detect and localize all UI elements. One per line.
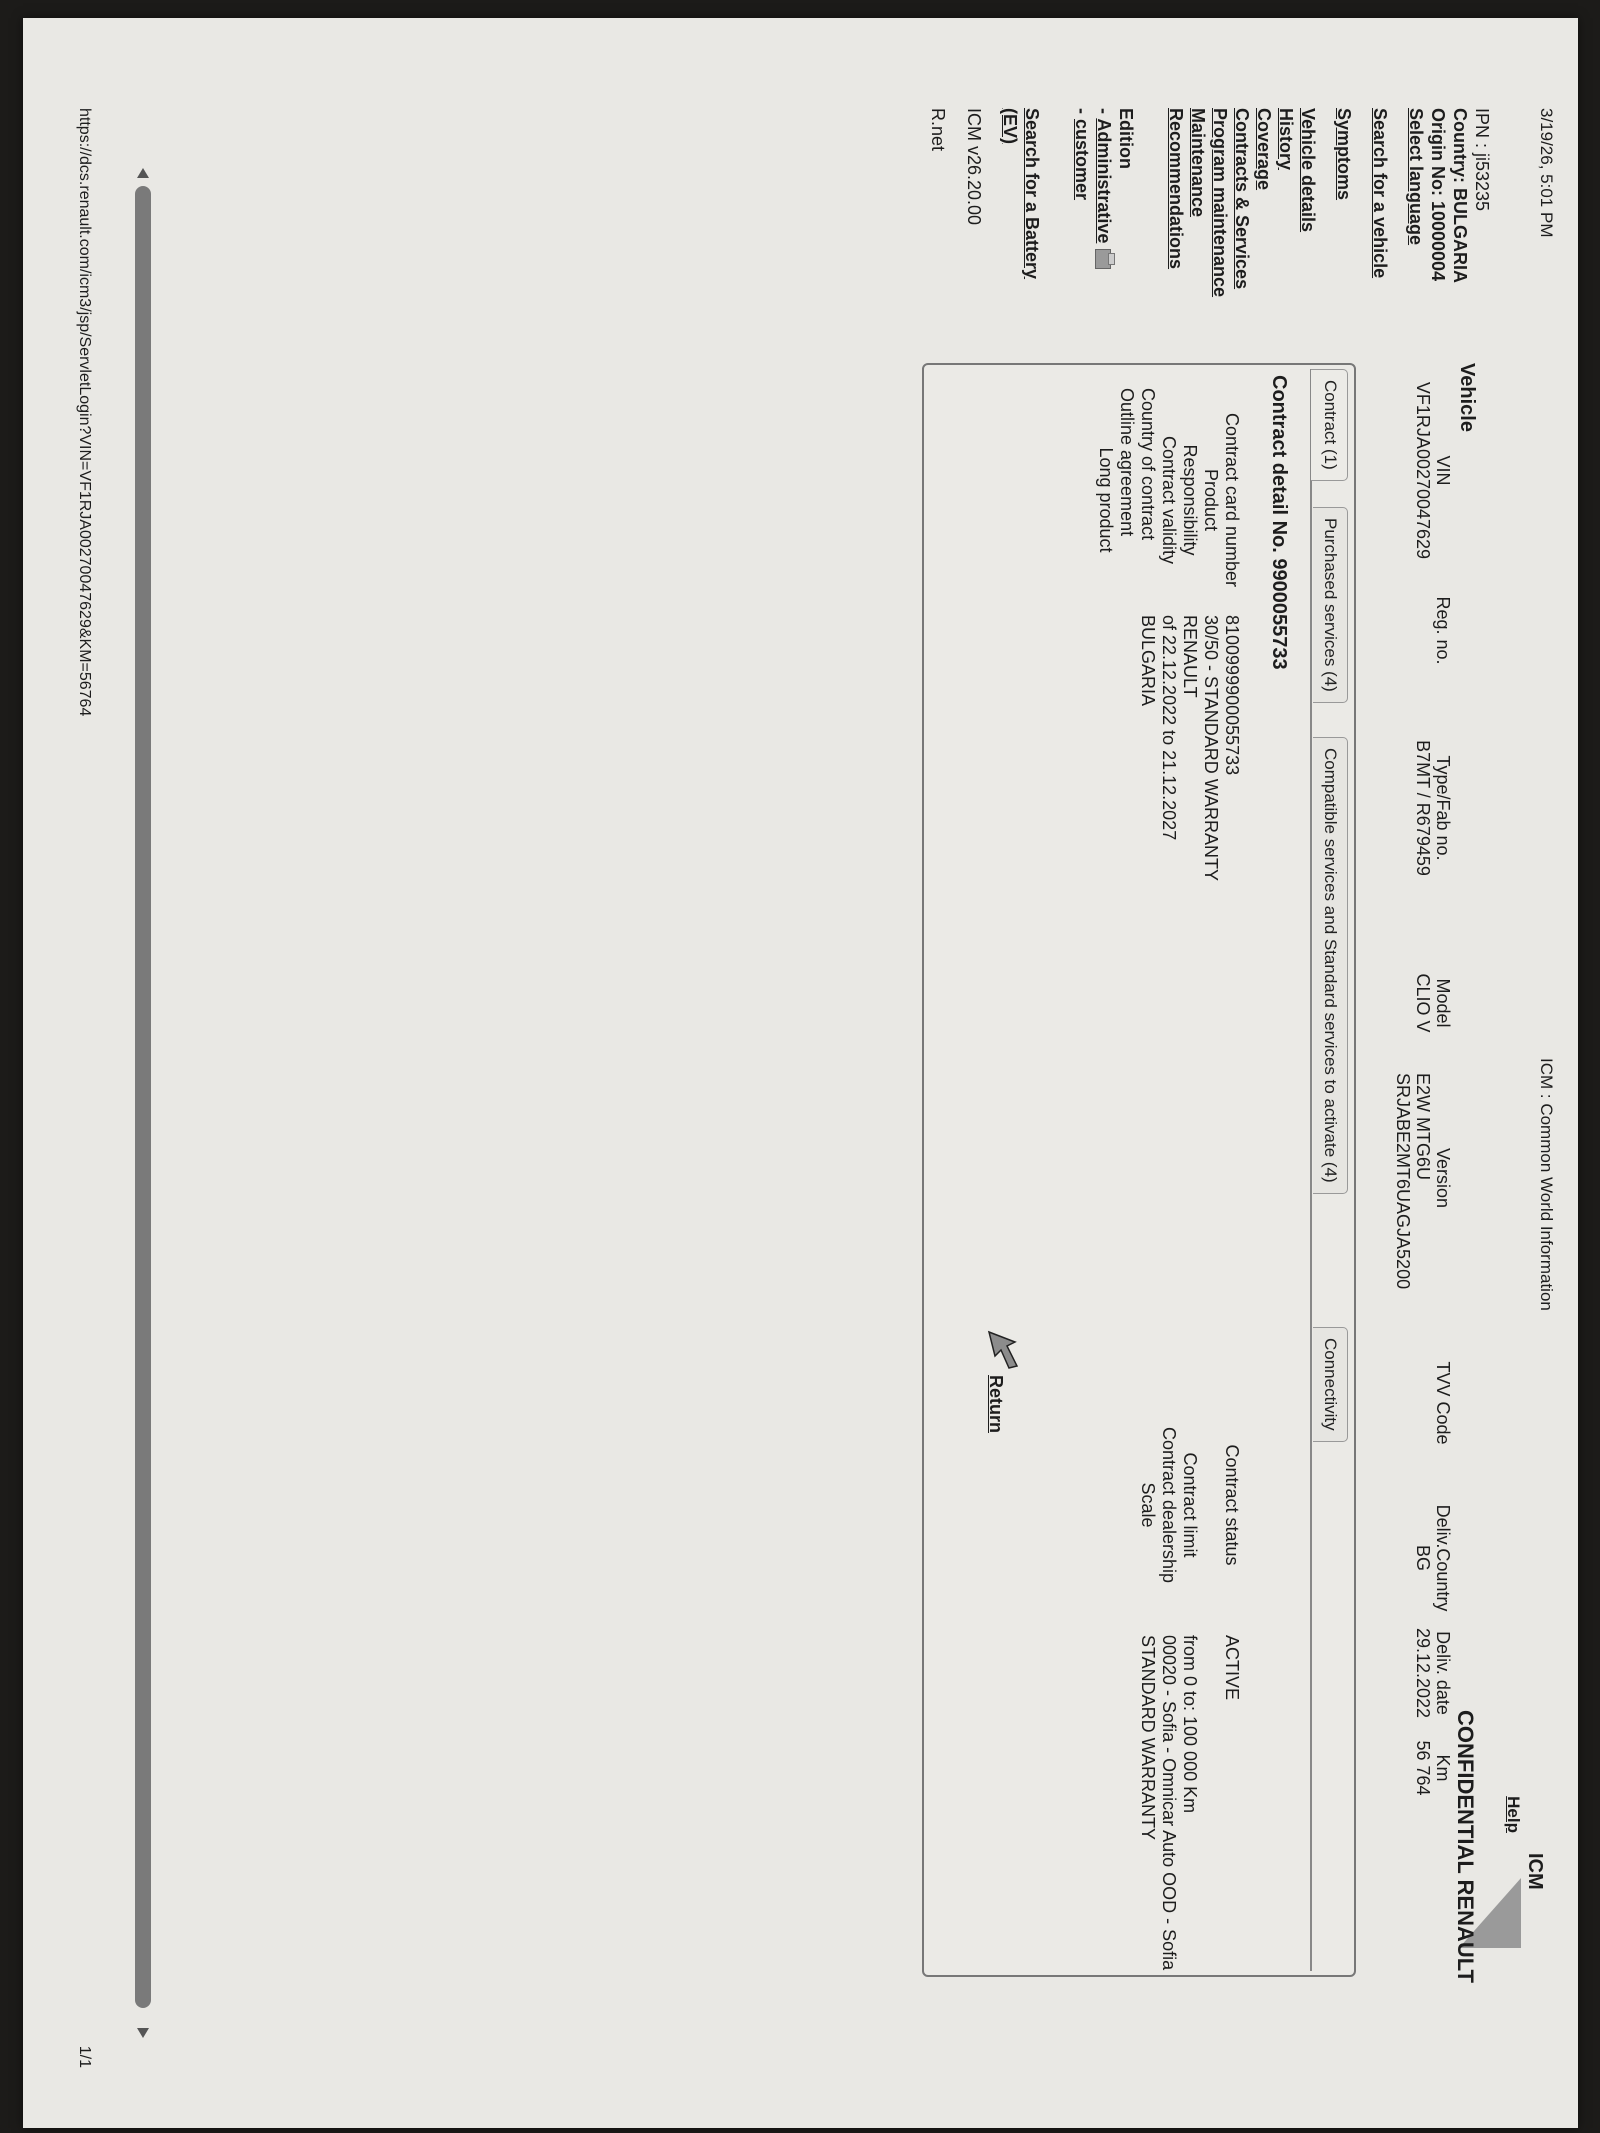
user-info: IPN : ji53235 Country: BULGARIA Origin N… xyxy=(1427,108,1493,338)
vehicle-field-model: ModelCLIO V xyxy=(1393,933,1453,1073)
detail-row xyxy=(1200,1375,1221,1970)
edition-customer-link[interactable]: customer xyxy=(1072,119,1092,200)
detail-row: ScaleSTANDARD WARRANTY xyxy=(1137,1375,1158,1970)
edition-administrative: - Administrative xyxy=(1093,108,1115,338)
nav-contracts-services[interactable]: Contracts & Services xyxy=(1231,108,1253,338)
rnet: R.net xyxy=(927,108,949,338)
detail-row: Product30/50 - STANDARD WARRANTY xyxy=(1200,385,1221,881)
help-link[interactable]: Help xyxy=(1503,1796,1523,1833)
nav-vehicle-details[interactable]: Vehicle details xyxy=(1297,108,1319,338)
search-vehicle-link[interactable]: Search for a vehicle xyxy=(1369,108,1391,338)
tab-bar: Contract (1) Purchased services (4) Comp… xyxy=(1310,369,1348,1971)
print-url: https://dcs.renault.com/icm3/jsp/Servlet… xyxy=(75,108,93,716)
scroll-right-arrow-icon[interactable] xyxy=(137,2028,149,2038)
detail-row: Contract dealership00020 - Sofia - Omnic… xyxy=(1158,1375,1179,1970)
horizontal-scrollbar[interactable] xyxy=(133,168,151,2038)
detail-row: Outline agreement xyxy=(1116,385,1137,881)
contract-details-left: Contract card number8100999900055733 Pro… xyxy=(1095,385,1242,881)
vehicle-field-type: Type/Fab no.B7MT / R679459 xyxy=(1393,683,1453,933)
nav-maintenance-recommendations[interactable]: Maintenance Recommendations xyxy=(1165,108,1209,338)
edition-label: Edition xyxy=(1115,108,1137,338)
origin-no: Origin No: 10000004 xyxy=(1427,108,1449,338)
vehicle-field-deliv-date: Deliv. date29.12.2022 xyxy=(1393,1623,1453,1723)
search-battery-link[interactable]: Search for a Battery (EV) xyxy=(999,108,1043,288)
scrollbar-thumb[interactable] xyxy=(135,186,151,2008)
vehicle-field-deliv-country: Deliv.CountryBG xyxy=(1393,1493,1453,1623)
sidebar: IPN : ji53235 Country: BULGARIA Origin N… xyxy=(927,108,1493,338)
nav-program-maintenance[interactable]: Program maintenance xyxy=(1209,108,1231,338)
print-title: ICM : Common World Information xyxy=(1536,1058,1556,1311)
contract-panel: Contract (1) Purchased services (4) Comp… xyxy=(922,363,1356,1977)
icm-version: ICM v26.20.00 xyxy=(963,108,985,338)
return-control[interactable]: Return xyxy=(985,1330,1019,1433)
vehicle-field-tvv: TVV Code xyxy=(1393,1383,1453,1493)
detail-row: Contract statusACTIVE xyxy=(1221,1375,1242,1970)
country: Country: BULGARIA xyxy=(1449,108,1471,338)
vehicle-header: ICM Help Vehicle CONFIDENTIAL RENAULT VI… xyxy=(1393,363,1478,1983)
print-date: 3/19/26, 5:01 PM xyxy=(1536,108,1556,237)
nav-history[interactable]: History xyxy=(1275,108,1297,338)
detail-row: ResponsibilityRENAULT xyxy=(1179,385,1200,881)
ipn: IPN : ji53235 xyxy=(1471,108,1493,338)
nav-coverage[interactable]: Coverage xyxy=(1253,108,1275,338)
scroll-left-arrow-icon[interactable] xyxy=(137,168,149,178)
vehicle-grid: VINVF1RJA00270047629 Reg. no. Type/Fab n… xyxy=(1393,363,1453,1983)
contract-detail-title: Contract detail No. 9900055733 xyxy=(1267,375,1290,670)
tab-purchased-services[interactable]: Purchased services (4) xyxy=(1313,507,1348,703)
icm-logo-text: ICM xyxy=(1523,1853,1546,1890)
vehicle-field-reg: Reg. no. xyxy=(1393,578,1453,683)
symptoms-link[interactable]: Symptoms xyxy=(1333,108,1355,338)
print-page-number: 1/1 xyxy=(75,2046,93,2068)
detail-row: Contract validityof 22.12.2022 to 21.12.… xyxy=(1158,385,1179,881)
select-language-link[interactable]: Select language xyxy=(1405,108,1427,338)
detail-row: Contract limitfrom 0 to: 100 000 Km xyxy=(1179,1375,1200,1970)
edition-administrative-link[interactable]: Administrative xyxy=(1094,118,1114,243)
detail-row: Contract card number8100999900055733 xyxy=(1221,385,1242,881)
tab-connectivity[interactable]: Connectivity xyxy=(1313,1327,1348,1442)
return-arrow-icon xyxy=(985,1330,1019,1370)
vehicle-field-km: Km56 764 xyxy=(1393,1723,1453,1813)
tab-compatible-services[interactable]: Compatible services and Standard service… xyxy=(1313,737,1348,1194)
print-header: 3/19/26, 5:01 PM ICM : Common World Info… xyxy=(1526,18,1556,2128)
vehicle-field-vin: VINVF1RJA00270047629 xyxy=(1393,363,1453,578)
contract-details-right: Contract statusACTIVE Contract limitfrom… xyxy=(1137,1375,1242,1970)
detail-row: Country of contractBULGARIA xyxy=(1137,385,1158,881)
printed-page: 3/19/26, 5:01 PM ICM : Common World Info… xyxy=(23,18,1578,2128)
edition-customer: - customer xyxy=(1071,108,1093,338)
tab-contract[interactable]: Contract (1) xyxy=(1311,369,1348,481)
return-link[interactable]: Return xyxy=(986,1375,1006,1433)
detail-row: Long product xyxy=(1095,385,1116,881)
printer-icon[interactable] xyxy=(1095,249,1111,269)
confidential-label: CONFIDENTIAL RENAULT xyxy=(1452,1710,1478,1983)
